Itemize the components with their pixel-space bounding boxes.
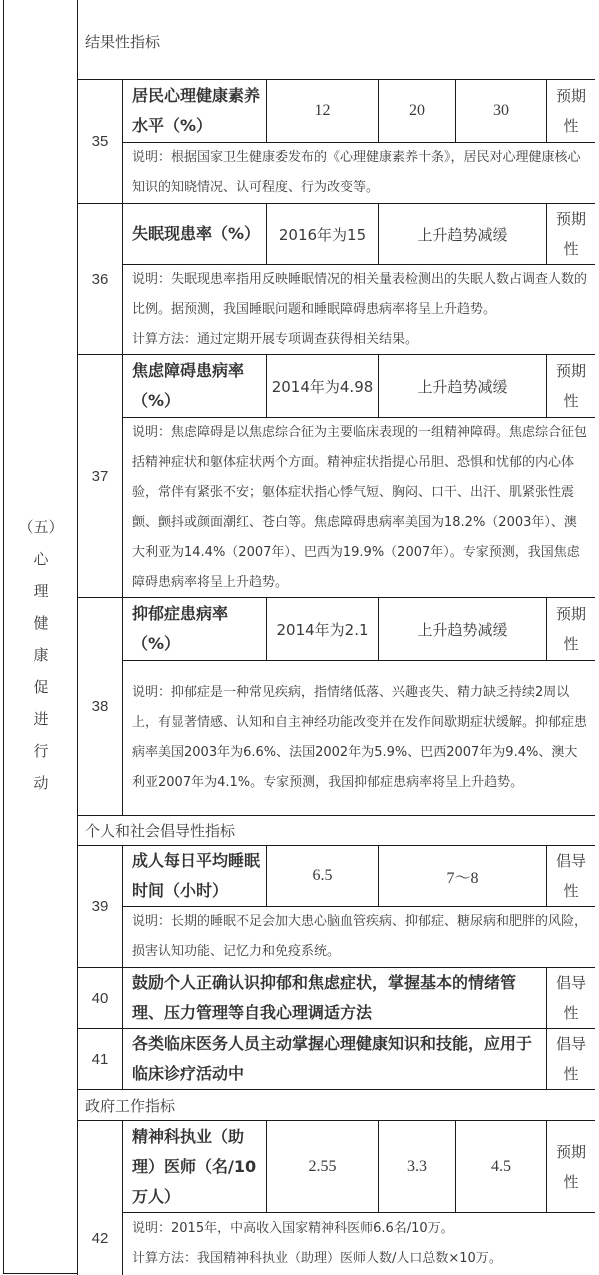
category-label-line: 动	[4, 767, 78, 799]
target-2030-text: 30	[493, 102, 509, 120]
base-value-text: 12	[315, 102, 331, 120]
category-label-line: 心	[4, 543, 78, 575]
indicator-type-text: 预期性	[555, 204, 587, 264]
category-label-line: 理	[4, 575, 78, 607]
indicator-name-text: 居民心理健康素养水平（%）	[132, 81, 260, 141]
row-number: 42	[77, 1120, 123, 1275]
indicator-table: （五） 心 理 健 康 促 进 行 动 结果性指标 35 居民心理健康素养水平（…	[3, 0, 594, 1274]
indicator-type-text: 预期性	[555, 356, 587, 416]
indicator-name: 抑郁症患病率（%）	[122, 597, 267, 661]
indicator-type-text: 预期性	[555, 599, 587, 659]
row-number: 39	[77, 845, 123, 968]
indicator-name-text: 鼓励个人正确认识抑郁和焦虑症状，掌握基本的情绪管理、压力管理等自我心理调适方法	[132, 968, 540, 1028]
indicator-description: 说明：失眠现患率指用反映睡眠情况的相关量表检测出的失眠人数占调查人数的比例。据预…	[122, 264, 595, 355]
base-value-text: 2014年为4.98	[272, 376, 374, 397]
row-number-text: 39	[92, 898, 109, 915]
target-2030: 30	[455, 79, 547, 143]
indicator-type: 预期性	[546, 203, 595, 265]
indicator-type: 倡导性	[546, 1028, 595, 1090]
indicator-name: 成人每日平均睡眠时间（小时）	[122, 845, 267, 907]
indicator-description: 说明：长期的睡眠不足会加大患心脑血管疾病、抑郁症、糖尿病和肥胖的风险，损害认知功…	[122, 906, 595, 968]
indicator-description: 说明：抑郁症是一种常见疾病，指情绪低落、兴趣丧失、精力缺乏持续2周以上，有显著情…	[122, 660, 595, 816]
target-2022: 3.3	[378, 1120, 456, 1213]
row-number-text: 40	[92, 990, 109, 1007]
calculation-method: 计算方法：通过定期开展专项调查获得相关结果。	[132, 325, 418, 355]
base-value: 2.55	[266, 1120, 379, 1213]
row-number-text: 37	[92, 468, 109, 485]
indicator-name: 各类临床医务人员主动掌握心理健康知识和技能，应用于临床诊疗活动中	[122, 1028, 547, 1090]
indicator-name-text: 失眠现患率（%）	[132, 219, 260, 249]
description-paragraph: 说明：长期的睡眠不足会加大患心脑血管疾病、抑郁症、糖尿病和肥胖的风险，损害认知功…	[132, 907, 589, 967]
section-heading-government: 政府工作指标	[77, 1089, 595, 1121]
category-label-line: 进	[4, 703, 78, 735]
row-number: 35	[77, 79, 123, 204]
indicator-type: 预期性	[546, 597, 595, 661]
target-value-text: 上升趋势减缓	[417, 619, 507, 640]
indicator-name-text: 各类临床医务人员主动掌握心理健康知识和技能，应用于临床诊疗活动中	[132, 1029, 540, 1089]
row-number-text: 42	[92, 1230, 109, 1247]
indicator-description: 说明：焦虑障碍是以焦虑综合征为主要临床表现的一组精神障碍。焦虑综合征包括精神症状…	[122, 417, 595, 598]
target-value: 7～8	[378, 845, 547, 907]
category-label-line: 行	[4, 735, 78, 767]
row-number: 36	[77, 203, 123, 355]
description-paragraph: 说明：失眠现患率指用反映睡眠情况的相关量表检测出的失眠人数占调查人数的比例。据预…	[132, 265, 589, 325]
base-value-text: 2016年为15	[279, 224, 366, 245]
category-label: （五） 心 理 健 康 促 进 行 动	[4, 511, 78, 799]
indicator-name-text: 焦虑障碍患病率（%）	[132, 356, 260, 416]
base-value: 12	[266, 79, 379, 143]
indicator-type: 预期性	[546, 354, 595, 418]
target-2030: 4.5	[455, 1120, 547, 1213]
category-column: （五） 心 理 健 康 促 进 行 动	[4, 0, 78, 1275]
base-value-text: 6.5	[313, 867, 333, 885]
indicator-type: 倡导性	[546, 845, 595, 907]
description-paragraph: 说明：根据国家卫生健康委发布的《心理健康素养十条》，居民对心理健康核心知识的知晓…	[132, 143, 589, 203]
row-number-text: 41	[92, 1051, 109, 1068]
row-number: 40	[77, 967, 123, 1029]
row-number: 38	[77, 597, 123, 816]
calculation-method: 计算方法：我国精神科执业（助理）医师人数/人口总数×10万。	[132, 1244, 502, 1274]
indicator-type-text: 倡导性	[555, 968, 587, 1028]
indicator-type: 倡导性	[546, 967, 595, 1029]
category-label-line: 促	[4, 671, 78, 703]
indicator-type-text: 预期性	[555, 1137, 587, 1197]
target-value-text: 7～8	[446, 865, 478, 888]
indicator-type-text: 倡导性	[555, 846, 587, 906]
indicator-name: 精神科执业（助理）医师（名/10万人）	[122, 1120, 267, 1213]
target-2022-text: 3.3	[407, 1158, 427, 1176]
indicator-type: 预期性	[546, 79, 595, 143]
indicator-type-text: 预期性	[555, 81, 587, 141]
row-number-text: 35	[92, 133, 109, 150]
section-heading-personal-social: 个人和社会倡导性指标	[77, 815, 595, 846]
indicator-description: 说明：根据国家卫生健康委发布的《心理健康素养十条》，居民对心理健康核心知识的知晓…	[122, 142, 595, 204]
target-2030-text: 4.5	[491, 1158, 511, 1176]
base-value-text: 2.55	[309, 1158, 337, 1176]
section-heading-text: 政府工作指标	[85, 1095, 175, 1116]
row-number: 41	[77, 1028, 123, 1090]
indicator-name: 失眠现患率（%）	[122, 203, 267, 265]
base-value-text: 2014年为2.1	[276, 619, 368, 640]
category-label-line: 康	[4, 639, 78, 671]
base-value: 2016年为15	[266, 203, 379, 265]
indicator-name-text: 抑郁症患病率（%）	[132, 599, 260, 659]
target-2022: 20	[378, 79, 456, 143]
indicator-description: 说明：2015年，中高收入国家精神科医师6.6名/10万。 计算方法：我国精神科…	[122, 1212, 595, 1275]
target-value-text: 上升趋势减缓	[417, 376, 507, 397]
target-value: 上升趋势减缓	[378, 354, 547, 418]
row-number: 37	[77, 354, 123, 598]
description-paragraph: 说明：焦虑障碍是以焦虑综合征为主要临床表现的一组精神障碍。焦虑综合征包括精神症状…	[132, 418, 589, 598]
section-heading-text: 个人和社会倡导性指标	[85, 820, 235, 841]
indicator-type-text: 倡导性	[555, 1029, 587, 1089]
target-value-text: 上升趋势减缓	[417, 224, 507, 245]
row-number-text: 38	[92, 698, 109, 715]
description-paragraph: 说明：抑郁症是一种常见疾病，指情绪低落、兴趣丧失、精力缺乏持续2周以上，有显著情…	[132, 678, 589, 798]
indicator-name: 焦虑障碍患病率（%）	[122, 354, 267, 418]
indicator-type: 预期性	[546, 1120, 595, 1213]
category-label-line: （五）	[4, 511, 78, 543]
description-paragraph: 说明：2015年，中高收入国家精神科医师6.6名/10万。	[132, 1214, 454, 1244]
target-value: 上升趋势减缓	[378, 203, 547, 265]
base-value: 6.5	[266, 845, 379, 907]
target-value: 上升趋势减缓	[378, 597, 547, 661]
target-2022-text: 20	[409, 102, 425, 120]
category-label-line: 健	[4, 607, 78, 639]
indicator-name: 鼓励个人正确认识抑郁和焦虑症状，掌握基本的情绪管理、压力管理等自我心理调适方法	[122, 967, 547, 1029]
section-heading-outcome: 结果性指标	[77, 0, 595, 80]
indicator-name: 居民心理健康素养水平（%）	[122, 79, 267, 143]
row-number-text: 36	[92, 271, 109, 288]
section-heading-text: 结果性指标	[85, 31, 160, 52]
indicator-name-text: 成人每日平均睡眠时间（小时）	[132, 846, 260, 906]
base-value: 2014年为4.98	[266, 354, 379, 418]
base-value: 2014年为2.1	[266, 597, 379, 661]
indicator-name-text: 精神科执业（助理）医师（名/10万人）	[132, 1122, 260, 1212]
